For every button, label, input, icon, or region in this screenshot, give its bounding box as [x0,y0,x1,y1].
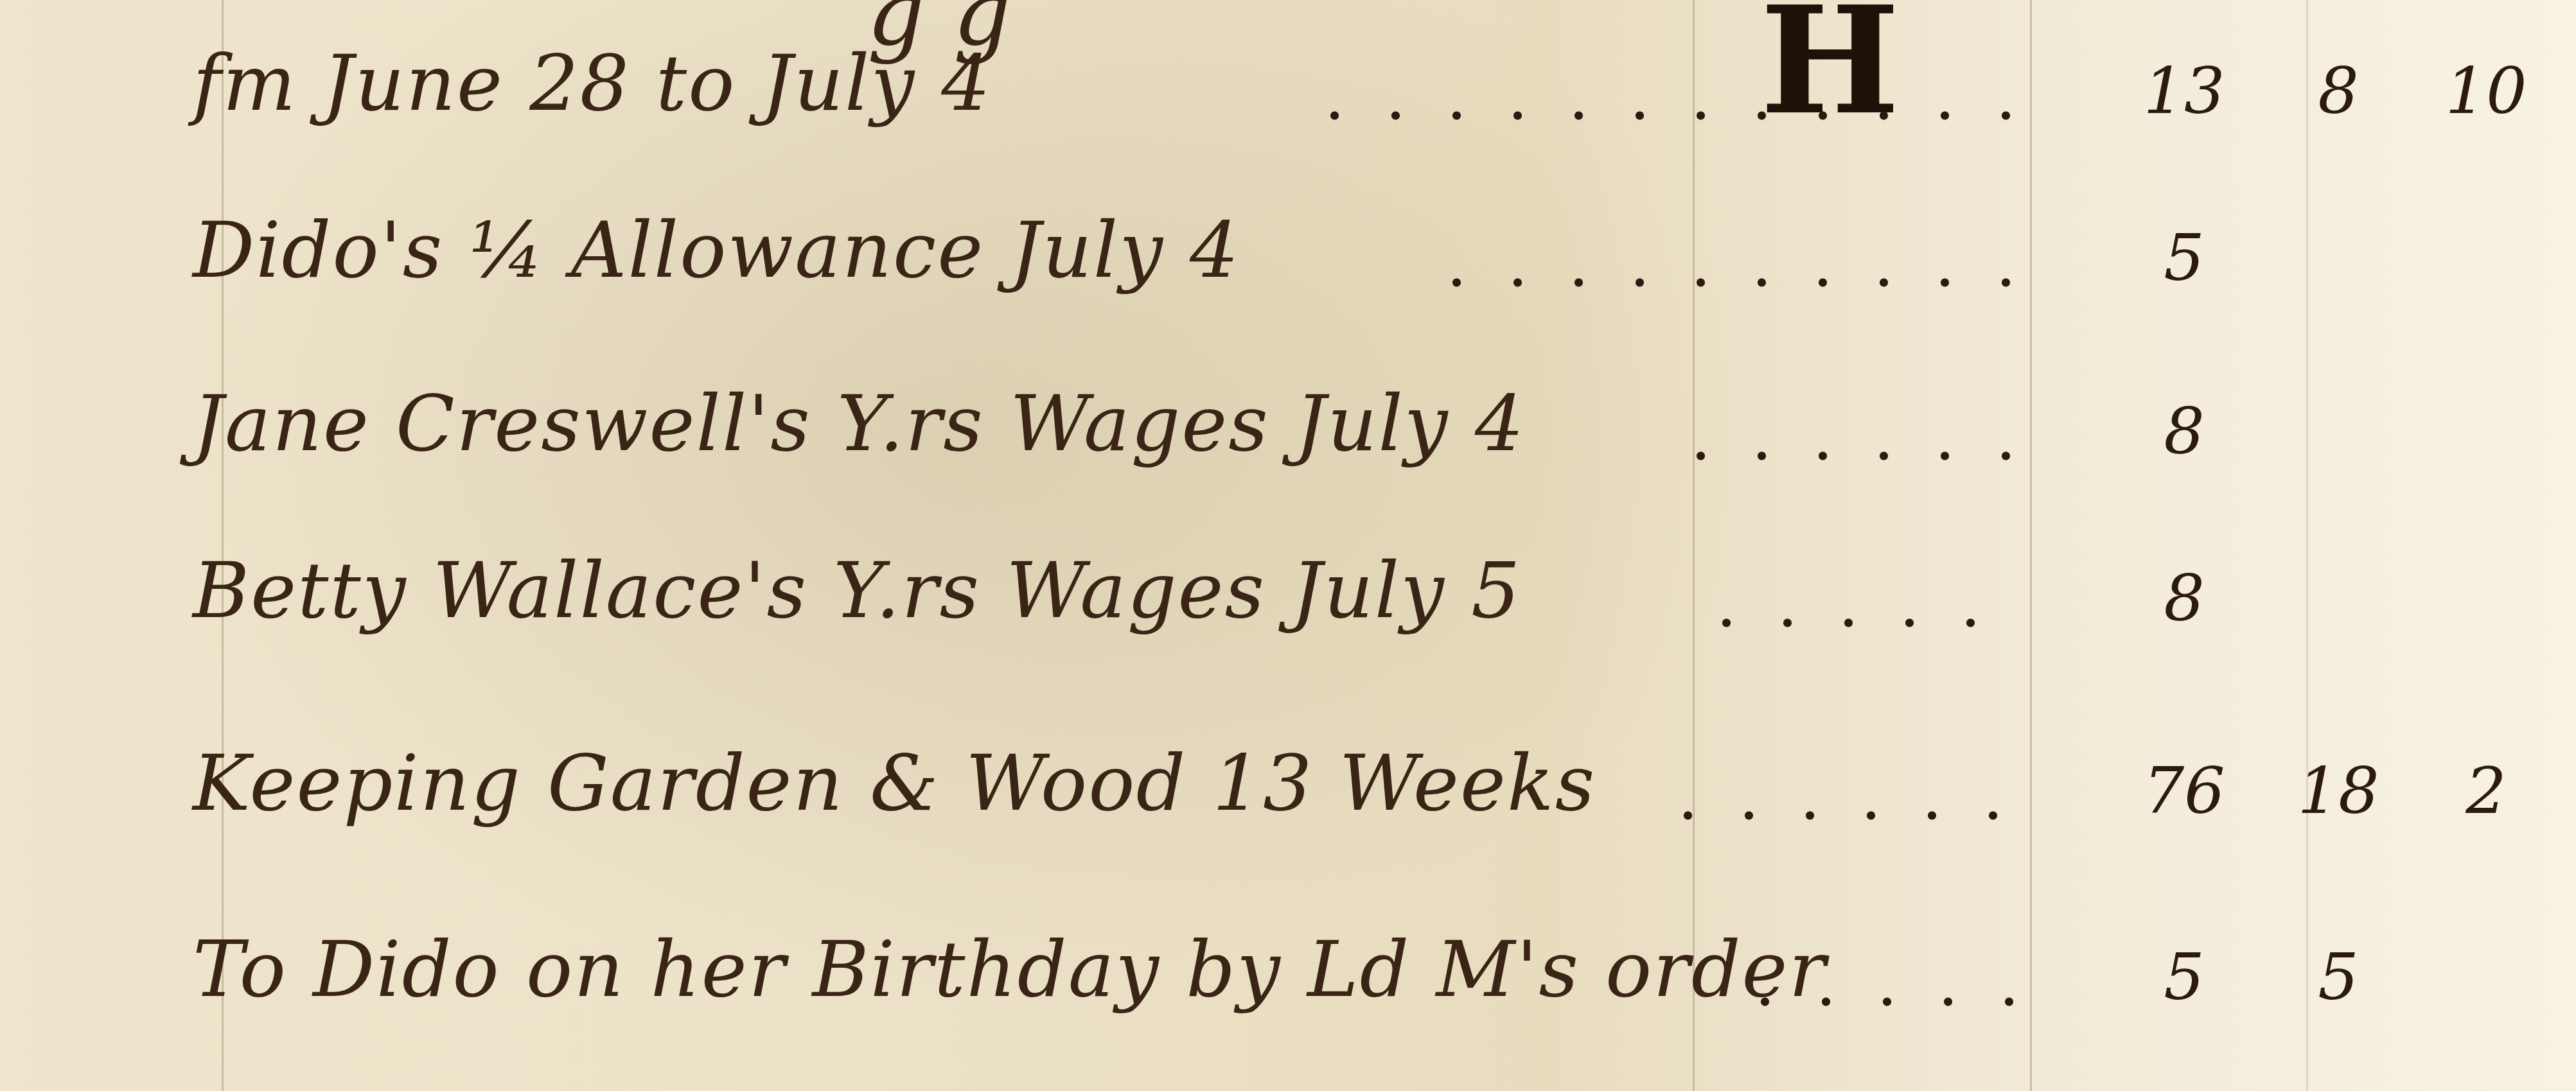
ledger-row: To Dido on her Birthday by Ld M's order … [0,912,2576,1040]
entry-shillings: 8 [2287,53,2390,128]
entry-pounds: 13 [2120,53,2248,128]
entry-description: To Dido on her Birthday by Ld M's order [193,925,1827,1015]
ledger-row: Jane Creswell's Y.rs Wages July 4 8 [0,366,2576,494]
entry-pounds: 8 [2120,561,2248,636]
ledger-page: g g H fm June 28 to July 4 13 8 10 Dido'… [0,0,2576,1091]
leader-dots [1734,995,2024,1008]
ledger-row: Dido's ¼ Allowance July 4 5 [0,193,2576,321]
leader-dots [1657,809,2024,822]
leader-dots [1304,109,2024,122]
entry-pounds: 5 [2120,220,2248,295]
entry-description: Dido's ¼ Allowance July 4 [193,206,1240,295]
entry-description: fm June 28 to July 4 [193,39,992,128]
entry-pence: 10 [2428,53,2544,128]
ledger-row: fm June 28 to July 4 13 8 10 [0,26,2576,154]
leader-dots [1426,276,2024,289]
entry-pounds: 76 [2120,753,2248,828]
entry-description: Jane Creswell's Y.rs Wages July 4 [193,380,1525,469]
entry-description: Betty Wallace's Y.rs Wages July 5 [193,546,1521,636]
entry-shillings: 18 [2287,753,2390,828]
entry-pence: 2 [2428,753,2544,828]
ledger-row: Keeping Garden & Wood 13 Weeks 76 18 2 [0,726,2576,854]
leader-dots [1670,449,2024,462]
entry-shillings: 5 [2287,939,2390,1015]
leader-dots [1696,616,2024,629]
ledger-row: Betty Wallace's Y.rs Wages July 5 8 [0,533,2576,661]
entry-pounds: 8 [2120,394,2248,469]
entry-pounds: 5 [2120,939,2248,1015]
entry-description: Keeping Garden & Wood 13 Weeks [193,739,1596,828]
